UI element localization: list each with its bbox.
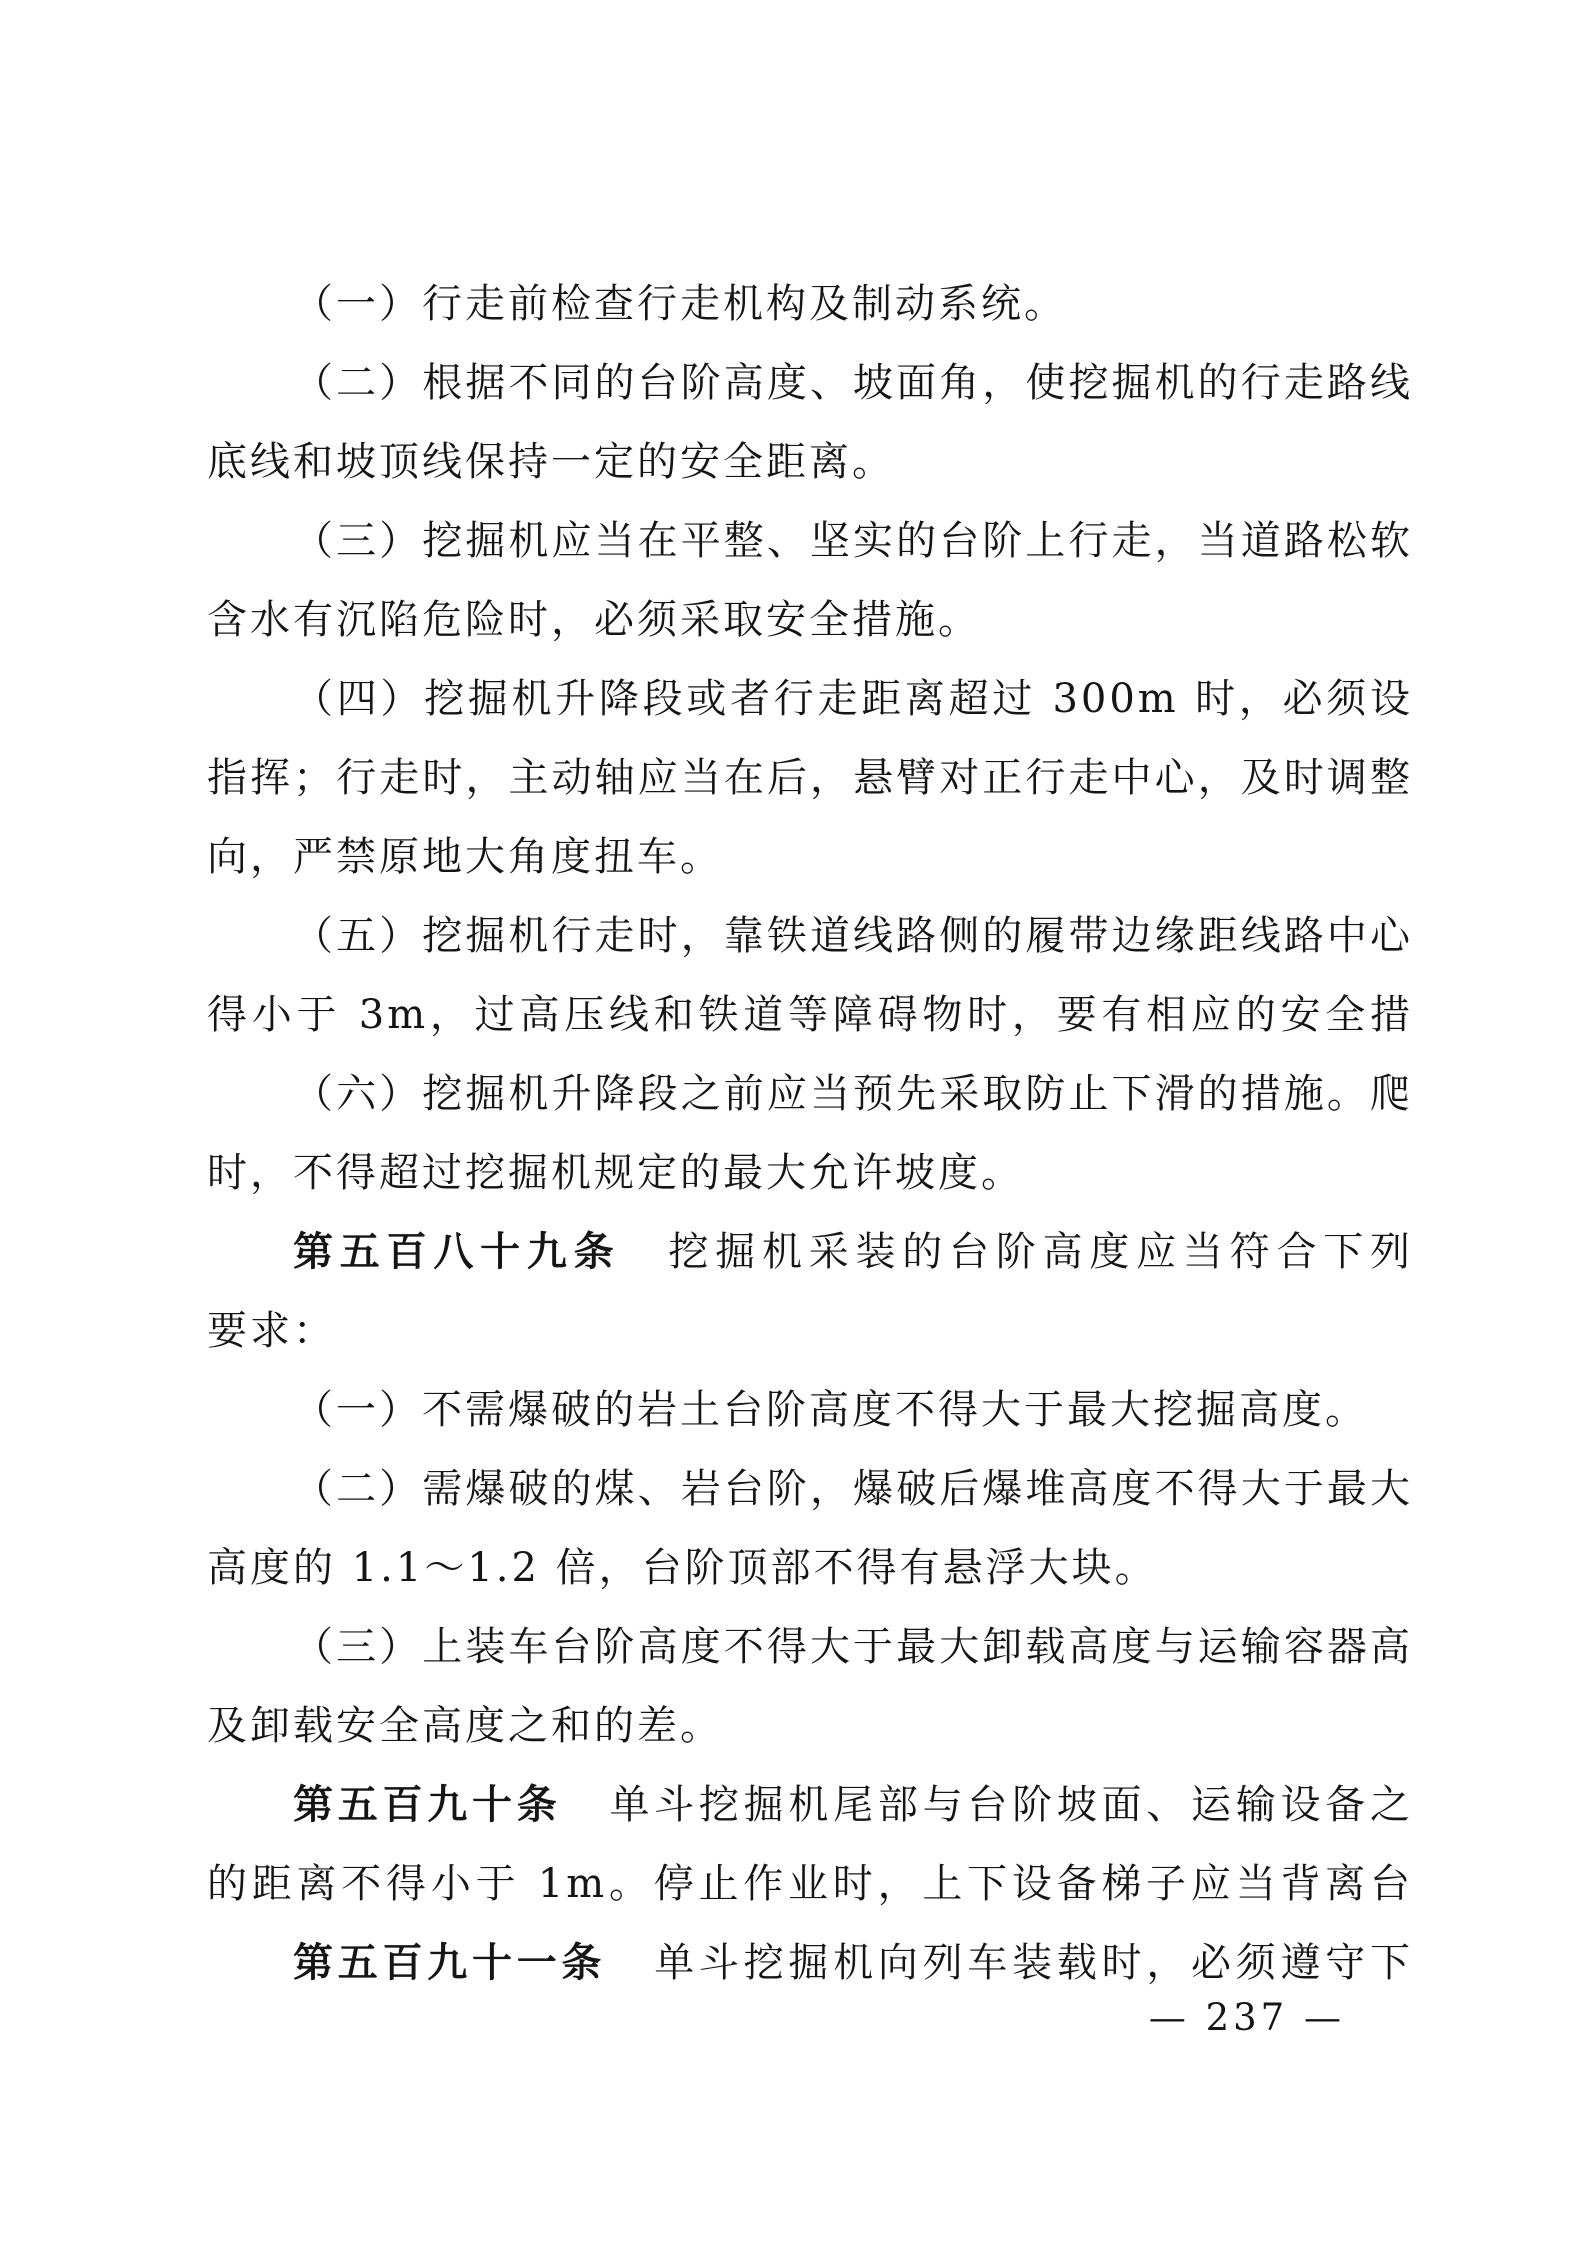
line-text: 指挥；行走时，主动轴应当在后，悬臂对正行走中心，及时调整方 xyxy=(207,755,1413,818)
line-text: 时，不得超过挖掘机规定的最大允许坡度。 xyxy=(207,1150,1024,1196)
line-text: 的距离不得小于 1m。停止作业时，上下设备梯子应当背离台阶。 xyxy=(207,1861,1413,1924)
text-line: （六）挖掘机升降段之前应当预先采取防止下滑的措施。爬坡 xyxy=(207,1055,1413,1134)
text-line: 向，严禁原地大角度扭车。 xyxy=(207,818,1413,897)
text-line: 及卸载安全高度之和的差。 xyxy=(207,1687,1413,1766)
text-line: 指挥；行走时，主动轴应当在后，悬臂对正行走中心，及时调整方 xyxy=(207,739,1413,818)
text-line: 含水有沉陷危险时，必须采取安全措施。 xyxy=(207,581,1413,660)
page-number: — 237 — xyxy=(1149,1996,1345,2040)
article-number: 第五百八十九条 xyxy=(293,1229,620,1275)
text-line: （一）行走前检查行走机构及制动系统。 xyxy=(207,265,1413,344)
document-page: （一）行走前检查行走机构及制动系统。（二）根据不同的台阶高度、坡面角，使挖掘机的… xyxy=(0,0,1587,2245)
line-text: 挖掘机采装的台阶高度应当符合下列 xyxy=(668,1229,1413,1275)
text-line: （二）根据不同的台阶高度、坡面角，使挖掘机的行走路线与坡 xyxy=(207,344,1413,423)
line-text: 向，严禁原地大角度扭车。 xyxy=(207,834,723,880)
article-number: 第五百九十一条 xyxy=(293,1940,606,1986)
line-text: 含水有沉陷危险时，必须采取安全措施。 xyxy=(207,597,981,643)
line-text: （二）根据不同的台阶高度、坡面角，使挖掘机的行走路线与坡 xyxy=(293,360,1413,423)
line-text: （一）行走前检查行走机构及制动系统。 xyxy=(293,281,1067,327)
text-line: （三）上装车台阶高度不得大于最大卸载高度与运输容器高度 xyxy=(207,1608,1413,1687)
text-line: （二）需爆破的煤、岩台阶，爆破后爆堆高度不得大于最大挖掘 xyxy=(207,1450,1413,1529)
article-heading-line: 第五百九十一条单斗挖掘机向列车装载时，必须遵守下列 xyxy=(207,1924,1413,2003)
line-text: （四）挖掘机升降段或者行走距离超过 300m 时，必须设专人 xyxy=(293,676,1413,739)
article-heading-line: 第五百八十九条挖掘机采装的台阶高度应当符合下列 xyxy=(207,1213,1413,1292)
text-line: （四）挖掘机升降段或者行走距离超过 300m 时，必须设专人 xyxy=(207,660,1413,739)
text-line: 的距离不得小于 1m。停止作业时，上下设备梯子应当背离台阶。 xyxy=(207,1845,1413,1924)
line-text: 及卸载安全高度之和的差。 xyxy=(207,1703,723,1749)
line-text: （二）需爆破的煤、岩台阶，爆破后爆堆高度不得大于最大挖掘 xyxy=(293,1466,1413,1529)
line-text: 要求： xyxy=(207,1308,336,1354)
line-text: （六）挖掘机升降段之前应当预先采取防止下滑的措施。爬坡 xyxy=(293,1071,1413,1134)
text-line: （五）挖掘机行走时，靠铁道线路侧的履带边缘距线路中心不 xyxy=(207,897,1413,976)
text-line: 要求： xyxy=(207,1292,1413,1371)
line-text: （三）挖掘机应当在平整、坚实的台阶上行走，当道路松软或者 xyxy=(293,518,1413,581)
text-line: 高度的 1.1～1.2 倍，台阶顶部不得有悬浮大块。 xyxy=(207,1529,1413,1608)
line-text: 得小于 3m，过高压线和铁道等障碍物时，要有相应的安全措施。 xyxy=(207,992,1413,1055)
text-line: 得小于 3m，过高压线和铁道等障碍物时，要有相应的安全措施。 xyxy=(207,976,1413,1055)
page: { "document": { "page_number": "— 237 —"… xyxy=(0,0,1587,2245)
line-text: 高度的 1.1～1.2 倍，台阶顶部不得有悬浮大块。 xyxy=(207,1545,1158,1591)
line-text: （三）上装车台阶高度不得大于最大卸载高度与运输容器高度 xyxy=(293,1624,1413,1687)
text-line: （一）不需爆破的岩土台阶高度不得大于最大挖掘高度。 xyxy=(207,1371,1413,1450)
line-text: （一）不需爆破的岩土台阶高度不得大于最大挖掘高度。 xyxy=(293,1387,1368,1433)
text-line: （三）挖掘机应当在平整、坚实的台阶上行走，当道路松软或者 xyxy=(207,502,1413,581)
article-number: 第五百九十条 xyxy=(293,1782,561,1828)
article-heading-line: 第五百九十条单斗挖掘机尾部与台阶坡面、运输设备之间 xyxy=(207,1766,1413,1845)
text-block: （一）行走前检查行走机构及制动系统。（二）根据不同的台阶高度、坡面角，使挖掘机的… xyxy=(207,265,1413,2003)
line-text: （五）挖掘机行走时，靠铁道线路侧的履带边缘距线路中心不 xyxy=(293,913,1413,976)
line-text: 底线和坡顶线保持一定的安全距离。 xyxy=(207,439,895,485)
text-line: 底线和坡顶线保持一定的安全距离。 xyxy=(207,423,1413,502)
text-line: 时，不得超过挖掘机规定的最大允许坡度。 xyxy=(207,1134,1413,1213)
